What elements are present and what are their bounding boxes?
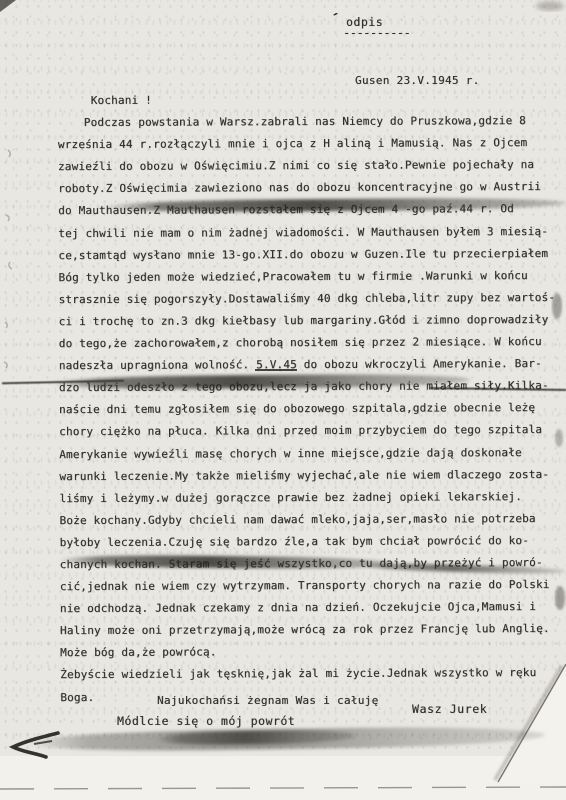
letter-line: nie odchodzą. Jednak czekamy z dnia na d… — [60, 596, 565, 620]
scanner-background — [0, 756, 566, 800]
letter-line: liśmy i leżymy.w dużej gorączce prawie b… — [59, 486, 564, 510]
letter-line: Może bóg da,że powrócą. — [60, 640, 565, 664]
letter-line: ci i trochę to zn.3 dkg kiełbasy lub mar… — [59, 309, 564, 333]
letter-line: naście dni temu zgłosiłem się do obozowe… — [59, 397, 564, 421]
letter-line: strasznie się pogorszyły.Dostawaliśmy 40… — [59, 287, 564, 311]
letter-line: do tego,że zachorowałem,z chorobą nosiłe… — [59, 331, 564, 355]
signature: Wasz Jurek — [412, 702, 487, 716]
letter-line: Boże kochany.Gdyby chcieli nam dawać mle… — [59, 508, 564, 532]
handwritten-tick-mark: ´ — [325, 9, 340, 30]
dateline: Gusen 23.V.1945 r. — [355, 74, 480, 87]
letter-line: Podczas powstania w Warsz.zabrali nas Ni… — [58, 110, 563, 134]
letter-line: września 44 r.rozłączyli mnie i ojca z H… — [58, 132, 563, 156]
salutation: Kochani ! — [58, 88, 563, 112]
copy-label-underline: ---------- — [343, 26, 410, 40]
date-underline — [255, 369, 297, 371]
closing-line: Najukochańsi żegnam Was i całuję — [157, 694, 379, 707]
corner-mark-top-left — [0, 0, 16, 12]
corner-speckle-top-right — [536, 1, 564, 11]
letter-line: Haliny może oni przetrzymają,może wrócą … — [60, 618, 565, 642]
letter-line: roboty.Z Oświęcimia zawieziono nas do ob… — [58, 176, 563, 200]
letter-line: Amerykanie wywieźli masę chorych w inne … — [59, 441, 564, 465]
letter-line: chory ciężko na płuca. Kilka dni przed m… — [59, 419, 564, 443]
letter-line: byłoby leczenia.Czuję się bardzo źle,a t… — [60, 530, 565, 554]
letter-line: warunki leczenie.My także mieliśmy wyjec… — [59, 463, 564, 487]
letter-line: tej chwili nie mam o nim żadnej wiadomoś… — [58, 220, 563, 244]
postscript: Módlcie się o mój powrót — [117, 714, 295, 728]
letter-line: Bóg tylko jeden może wiedzieć,Pracowałem… — [58, 265, 563, 289]
letter-body: Kochani ! Podczas powstania w Warsz.zabr… — [58, 88, 566, 709]
scanned-letter-page: ´ odpis ---------- Gusen 23.V.1945 r. Ko… — [0, 0, 566, 800]
letter-line: zawieźli do obozu w Oświęcimiu.Z nimi co… — [58, 154, 563, 178]
letter-line: ce,stamtąd wysłano mnie 13-go.XII.do obo… — [58, 243, 563, 267]
letter-line: cić,jednak nie wiem czy wytrzymam. Trans… — [60, 574, 565, 598]
margin-specks — [4, 150, 12, 368]
letter-line: Żebyście wiedzieli jak tęsknię,jak żal m… — [60, 662, 565, 686]
